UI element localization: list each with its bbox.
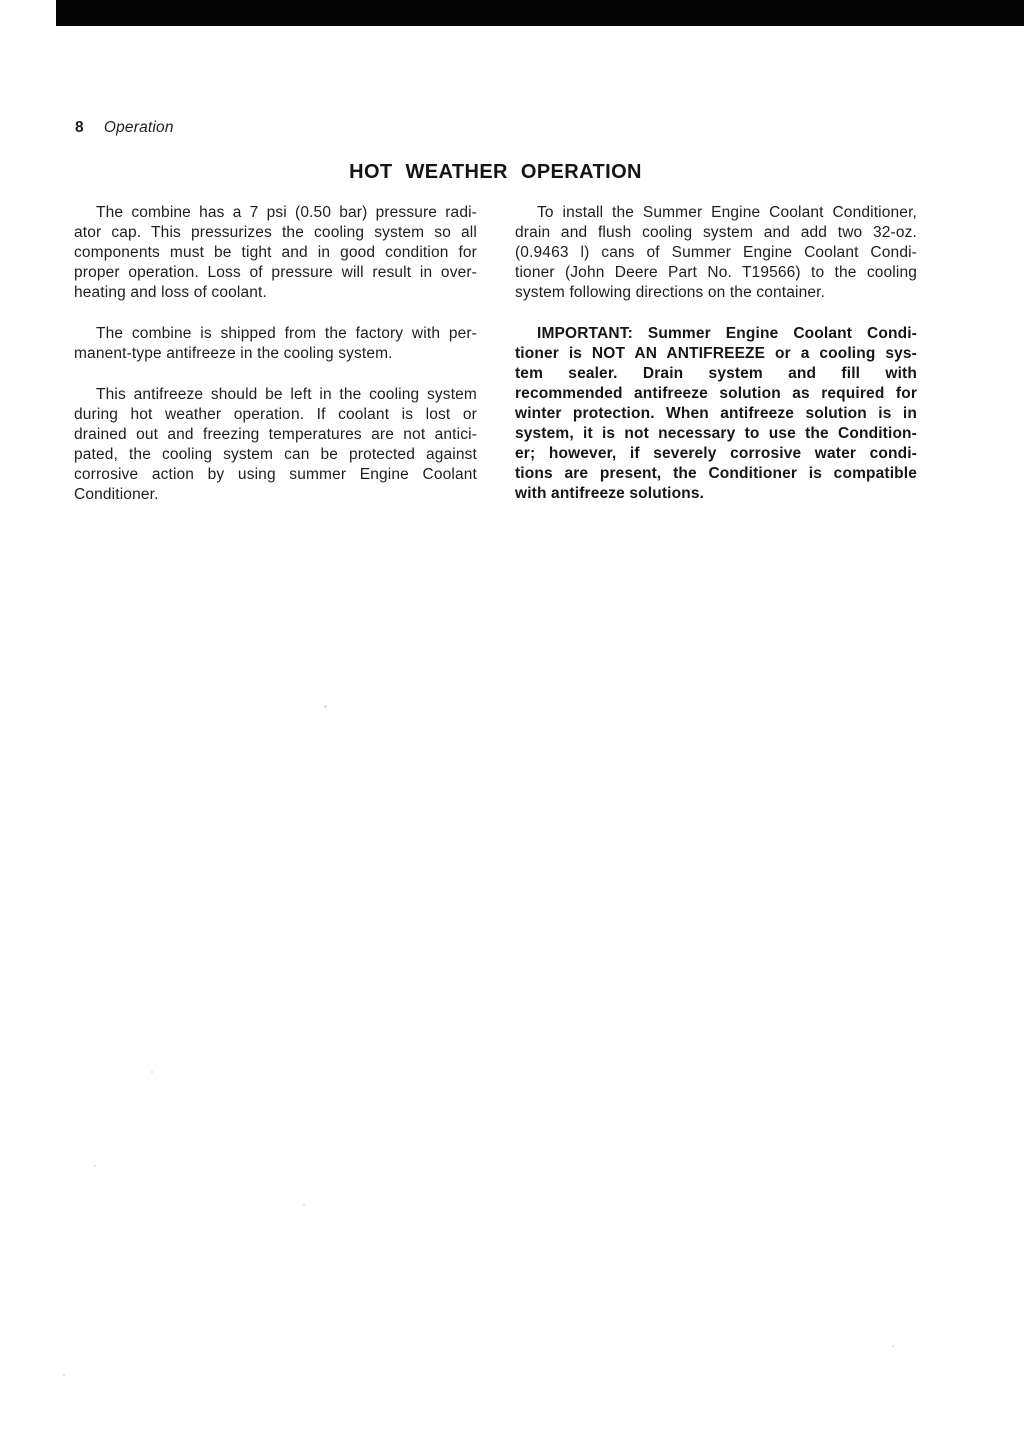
text-line: er; however, if severely corrosive water… (515, 444, 917, 464)
text-line: during hot weather operation. If coolant… (74, 405, 477, 425)
text-line: heating and loss of coolant. (74, 283, 477, 303)
text-line: drained out and freezing temperatures ar… (74, 425, 477, 445)
text-line: IMPORTANT: Summer Engine Coolant Condi- (515, 324, 917, 344)
page-number: 8 (75, 119, 84, 136)
text-line: proper operation. Loss of pressure will … (74, 263, 477, 283)
text-line: tem sealer. Drain system and fill with (515, 364, 917, 384)
text-line: pated, the cooling system can be protect… (74, 445, 477, 465)
text-line: Conditioner. (74, 485, 477, 505)
text-line: winter protection. When antifreeze solut… (515, 404, 917, 424)
text-line: drain and flush cooling system and add t… (515, 223, 917, 243)
text-line: components must be tight and in good con… (74, 243, 477, 263)
scan-speck (63, 1374, 65, 1376)
text-line: ator cap. This pressurizes the cooling s… (74, 223, 477, 243)
text-line: The combine has a 7 psi (0.50 bar) press… (74, 203, 477, 223)
paragraph: The combine is shipped from the factory … (74, 324, 477, 364)
text-line: recommended antifreeze solution as requi… (515, 384, 917, 404)
scan-speck (303, 1204, 305, 1206)
scan-artifact-bar (56, 0, 1024, 26)
text-line: The combine is shipped from the factory … (74, 324, 477, 344)
text-line: tioner (John Deere Part No. T19566) to t… (515, 263, 917, 283)
text-line: with antifreeze solutions. (515, 484, 917, 504)
column-left: The combine has a 7 psi (0.50 bar) press… (74, 203, 477, 526)
important-paragraph: IMPORTANT: Summer Engine Coolant Condi-t… (515, 324, 917, 504)
paragraph: This antifreeze should be left in the co… (74, 385, 477, 505)
text-line: To install the Summer Engine Coolant Con… (515, 203, 917, 223)
text-line: system, it is not necessary to use the C… (515, 424, 917, 444)
text-line: manent-type antifreeze in the cooling sy… (74, 344, 477, 364)
section-title: Operation (104, 119, 174, 136)
scanned-manual-page: 8Operation HOT WEATHER OPERATION The com… (0, 0, 1024, 1449)
scan-speck (324, 705, 327, 708)
text-line: corrosive action by using summer Engine … (74, 465, 477, 485)
running-head: 8Operation (75, 118, 174, 138)
text-line: tioner is NOT AN ANTIFREEZE or a cooling… (515, 344, 917, 364)
scan-speck (151, 1071, 153, 1073)
text-columns: The combine has a 7 psi (0.50 bar) press… (74, 203, 917, 526)
scan-speck (892, 1345, 894, 1347)
text-line: tions are present, the Conditioner is co… (515, 464, 917, 484)
text-line: (0.9463 l) cans of Summer Engine Coolant… (515, 243, 917, 263)
column-right: To install the Summer Engine Coolant Con… (515, 203, 917, 526)
page-title: HOT WEATHER OPERATION (74, 160, 917, 184)
paragraph: To install the Summer Engine Coolant Con… (515, 203, 917, 303)
text-line: This antifreeze should be left in the co… (74, 385, 477, 405)
text-line: system following directions on the conta… (515, 283, 917, 303)
paragraph: The combine has a 7 psi (0.50 bar) press… (74, 203, 477, 303)
scan-speck (94, 1165, 96, 1167)
